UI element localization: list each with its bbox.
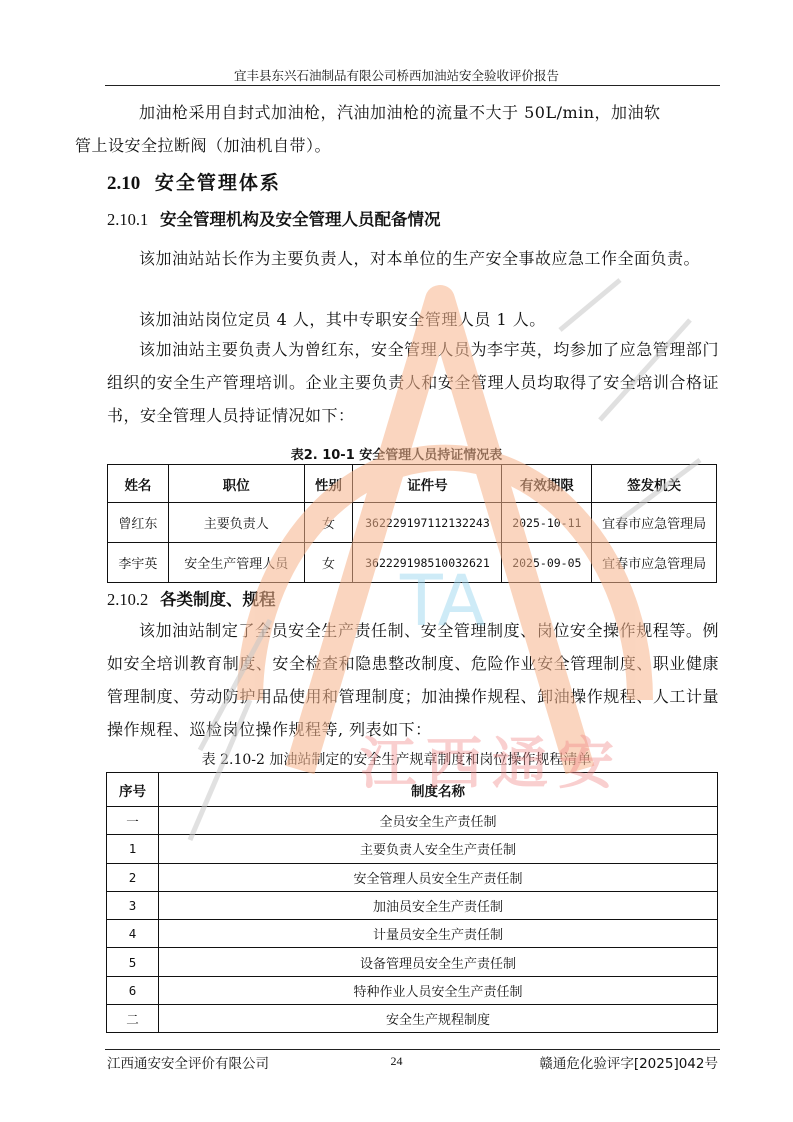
cell-regulation-name: 安全生产规程制度 [158,1005,717,1033]
col-name: 姓名 [108,465,169,503]
cell-name: 曾红东 [108,503,169,543]
cell-sequence: 4 [107,920,159,948]
subsection-heading-2-10-1: 2.10.1 安全管理机构及安全管理人员配备情况 [107,206,441,230]
cell-sequence: 1 [107,835,159,863]
cell-position: 主要负责人 [168,503,304,543]
cell-gender: 女 [304,503,353,543]
cell-regulation-name: 计量员安全生产责任制 [158,920,717,948]
subsection-title: 各类制度、规程 [160,590,276,609]
cell-regulation-name: 特种作业人员安全生产责任制 [158,976,717,1004]
col-regulation-name: 制度名称 [158,773,717,807]
footer-divider [105,1049,720,1050]
cell-sequence: 3 [107,891,159,919]
col-issuer: 签发机关 [592,465,717,503]
cell-regulation-name: 设备管理员安全生产责任制 [158,948,717,976]
cell-name: 李宇英 [108,543,169,583]
page-header-title: 宜丰县东兴石油制品有限公司桥西加油站安全验收评价报告 [0,66,793,84]
subsection-title: 安全管理机构及安全管理人员配备情况 [160,210,441,229]
col-valid-until: 有效期限 [502,465,592,503]
certificate-table: 姓名 职位 性别 证件号 有效期限 签发机关 曾红东 主要负责人 女 36222… [107,464,717,583]
table-row: 李宇英 安全生产管理人员 女 362229198510032621 2025-0… [108,543,717,583]
cell-sequence: 二 [107,1005,159,1033]
intro-line-2: 管上设安全拉断阀（加油机自带）。 [75,136,331,155]
table2-caption: 表 2.10-2 加油站制定的安全生产规章制度和岗位操作规程清单 [0,749,793,769]
table-header-row: 序号 制度名称 [107,773,718,807]
cell-regulation-name: 全员安全生产责任制 [158,807,717,835]
paragraph-training: 该加油站主要负责人为曾红东，安全管理人员为李宇英，均参加了应急管理部门组织的安全… [107,333,719,432]
table-row: 曾红东 主要负责人 女 362229197112132243 2025-10-1… [108,503,717,543]
section-title: 安全管理体系 [155,172,281,194]
cell-issuer: 宜春市应急管理局 [592,543,717,583]
table-row: 3 加油员安全生产责任制 [107,891,718,919]
subsection-number: 2.10.1 [107,210,148,229]
paragraph-responsible-person: 该加油站站长作为主要负责人，对本单位的生产安全事故应急工作全面负责。 [107,242,719,275]
paragraph-regulations: 该加油站制定了全员安全生产责任制、安全管理制度、岗位安全操作规程等。例如安全培训… [107,614,719,746]
section-heading: 2.10 安全管理体系 [107,168,281,195]
intro-paragraph: 加油枪采用自封式加油枪，汽油加油枪的流量不大于 50L/min，加油软 管上设安… [107,96,719,162]
col-gender: 性别 [304,465,353,503]
cell-valid-until: 2025-09-05 [502,543,592,583]
cell-cert-number: 362229198510032621 [353,543,502,583]
cell-issuer: 宜春市应急管理局 [592,503,717,543]
cell-regulation-name: 主要负责人安全生产责任制 [158,835,717,863]
table-row: 一 全员安全生产责任制 [107,807,718,835]
col-position: 职位 [168,465,304,503]
cell-sequence: 2 [107,863,159,891]
regulations-table: 序号 制度名称 一 全员安全生产责任制 1 主要负责人安全生产责任制 2 安全管… [106,772,718,1033]
table1-caption: 表2. 10-1 安全管理人员持证情况表 [0,444,793,463]
cell-sequence: 一 [107,807,159,835]
table-row: 5 设备管理员安全生产责任制 [107,948,718,976]
header-divider [105,85,720,86]
col-cert-number: 证件号 [353,465,502,503]
table-row: 二 安全生产规程制度 [107,1005,718,1033]
cell-position: 安全生产管理人员 [168,543,304,583]
table-row: 2 安全管理人员安全生产责任制 [107,863,718,891]
table-header-row: 姓名 职位 性别 证件号 有效期限 签发机关 [108,465,717,503]
cell-regulation-name: 加油员安全生产责任制 [158,891,717,919]
table-row: 1 主要负责人安全生产责任制 [107,835,718,863]
section-number: 2.10 [107,173,140,194]
intro-line-1: 加油枪采用自封式加油枪，汽油加油枪的流量不大于 50L/min，加油软 [139,103,661,122]
cell-gender: 女 [304,543,353,583]
table-row: 4 计量员安全生产责任制 [107,920,718,948]
cell-cert-number: 362229197112132243 [353,503,502,543]
table-row: 6 特种作业人员安全生产责任制 [107,976,718,1004]
footer-doc-number: 赣通危化验评字[2025]042号 [539,1052,718,1072]
subsection-number: 2.10.2 [107,590,148,609]
cell-regulation-name: 安全管理人员安全生产责任制 [158,863,717,891]
cell-valid-until: 2025-10-11 [502,503,592,543]
cell-sequence: 5 [107,948,159,976]
col-sequence: 序号 [107,773,159,807]
paragraph-staffing: 该加油站岗位定员 4 人，其中专职安全管理人员 1 人。 [107,307,719,333]
subsection-heading-2-10-2: 2.10.2 各类制度、规程 [107,586,276,610]
cell-sequence: 6 [107,976,159,1004]
